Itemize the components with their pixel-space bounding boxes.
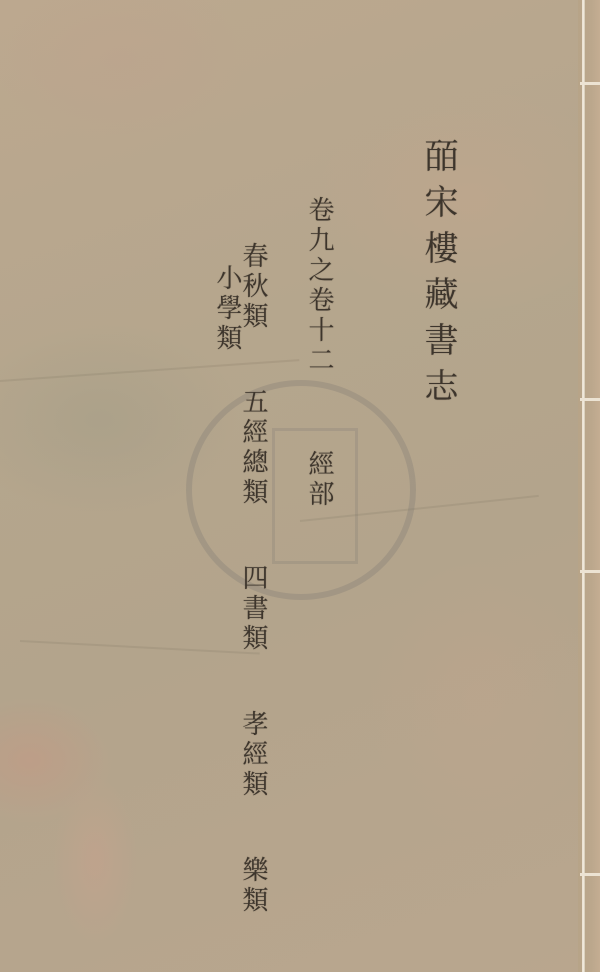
category-item: 樂類	[240, 856, 266, 916]
category-item: 春秋類	[240, 242, 266, 332]
binding-thread	[580, 82, 600, 85]
binding-thread	[580, 570, 600, 573]
volume-range: 卷九之卷十二	[306, 196, 332, 376]
category-column: 春秋類 五經總類 四書類 孝經類 樂類 小學類	[214, 242, 266, 972]
binding-thread	[580, 398, 600, 401]
category-item: 小學類	[214, 264, 240, 354]
category-item: 四書類	[240, 564, 266, 654]
volume-column: 卷九之卷十二 經部	[306, 196, 332, 510]
book-page: 皕宋樓藏書志 卷九之卷十二 經部 春秋類 五經總類 四書類 孝經類 樂類 小學類	[0, 0, 600, 972]
category-item: 孝經類	[240, 710, 266, 800]
category-item: 五經總類	[240, 388, 266, 508]
stitched-binding-edge	[578, 0, 600, 972]
binding-spine-line	[582, 0, 585, 972]
binding-thread	[580, 873, 600, 876]
section-label: 經部	[306, 450, 332, 510]
book-title: 皕宋樓藏書志	[414, 138, 463, 414]
